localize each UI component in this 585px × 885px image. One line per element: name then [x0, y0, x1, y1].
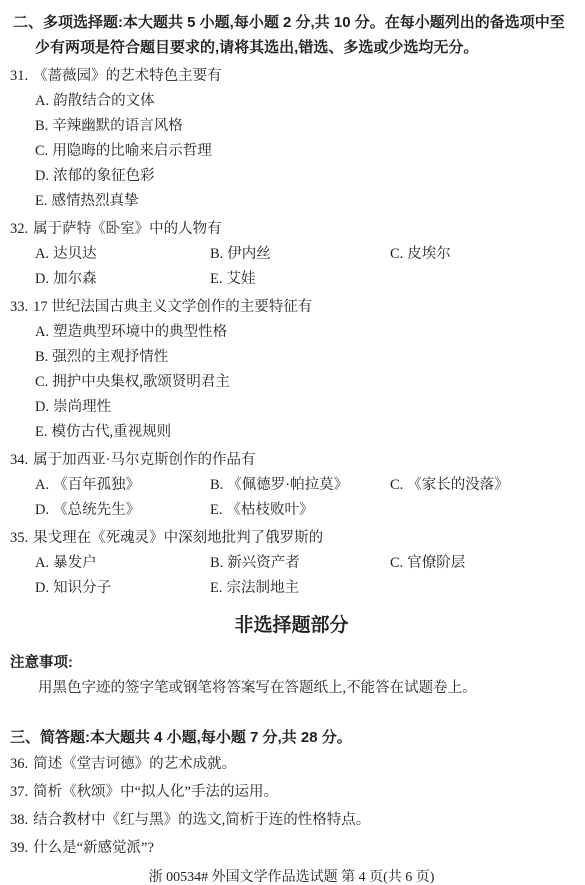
option-text: 用隐晦的比喻来启示哲理	[52, 143, 212, 159]
question-36: 36.简述《堂吉诃德》的艺术成就。	[10, 750, 573, 778]
exam-paper-page: 二、多项选择题:本大题共 5 小题,每小题 2 分,共 10 分。在每小题列出的…	[0, 0, 585, 885]
question-text: 17 世纪法国古典主义文学创作的主要特征有	[33, 299, 312, 315]
option-text: 崇尚理性	[53, 399, 111, 415]
option-text: 《总统先生》	[53, 502, 140, 518]
option-e: E.艾娃	[210, 267, 390, 292]
question-number: 37.	[10, 784, 28, 800]
option-text: 宗法制地主	[226, 580, 299, 596]
option-text: 加尔森	[53, 271, 97, 287]
option-text: 强烈的主观抒情性	[52, 349, 168, 365]
question-35-stem: 35.果戈理在《死魂灵》中深刻地批判了俄罗斯的	[10, 526, 573, 551]
option-label: A.	[35, 93, 49, 109]
option-text: 《家长的没落》	[407, 477, 509, 493]
option-label: E.	[35, 193, 47, 209]
option-label: D.	[35, 580, 49, 596]
option-text: 拥护中央集权,歌颂贤明君主	[52, 374, 230, 390]
option-text: 模仿古代,重视规则	[51, 424, 171, 440]
question-38: 38.结合教材中《红与黑》的选文,简析于连的性格特点。	[10, 806, 573, 834]
option-label: C.	[390, 246, 403, 262]
question-text: 什么是“新感觉派”?	[33, 840, 154, 856]
option-d: D.浓郁的象征色彩	[10, 164, 573, 189]
option-label: D.	[35, 271, 49, 287]
option-label: E.	[210, 502, 222, 518]
question-32-stem: 32.属于萨特《卧室》中的人物有	[10, 217, 573, 242]
option-label: D.	[35, 168, 49, 184]
notice-heading: 注意事项:	[10, 651, 573, 676]
option-text: 感情热烈真挚	[51, 193, 138, 209]
option-text: 艾娃	[226, 271, 255, 287]
question-32: 32.属于萨特《卧室》中的人物有 A.达贝达 B.伊内丝 C.皮埃尔 D.加尔森…	[10, 217, 573, 292]
option-text: 知识分子	[53, 580, 111, 596]
option-text: 塑造典型环境中的典型性格	[53, 324, 227, 340]
option-text: 辛辣幽默的语言风格	[52, 118, 183, 134]
section-3-instructions: 三、简答题:本大题共 4 小题,每小题 7 分,共 28 分。	[10, 725, 573, 750]
option-a: A.韵散结合的文体	[10, 89, 573, 114]
option-label: B.	[210, 477, 223, 493]
question-34-stem: 34.属于加西亚·马尔克斯创作的作品有	[10, 448, 573, 473]
question-number: 33.	[10, 299, 28, 315]
section-2-instructions: 二、多项选择题:本大题共 5 小题,每小题 2 分,共 10 分。在每小题列出的…	[10, 10, 573, 60]
option-label: A.	[35, 477, 49, 493]
question-text: 结合教材中《红与黑》的选文,简析于连的性格特点。	[33, 812, 370, 828]
option-label: A.	[35, 246, 49, 262]
option-label: E.	[35, 424, 47, 440]
question-text: 果戈理在《死魂灵》中深刻地批判了俄罗斯的	[33, 530, 323, 546]
option-label: E.	[210, 271, 222, 287]
question-number: 38.	[10, 812, 28, 828]
question-33-options: A.塑造典型环境中的典型性格 B.强烈的主观抒情性 C.拥护中央集权,歌颂贤明君…	[10, 320, 573, 445]
question-35: 35.果戈理在《死魂灵》中深刻地批判了俄罗斯的 A.暴发户 B.新兴资产者 C.…	[10, 526, 573, 601]
option-text: 《佩德罗·帕拉莫》	[227, 477, 348, 493]
option-text: 浓郁的象征色彩	[53, 168, 155, 184]
option-text: 新兴资产者	[227, 555, 300, 571]
question-number: 32.	[10, 221, 28, 237]
question-number: 39.	[10, 840, 28, 856]
option-text: 皮埃尔	[407, 246, 451, 262]
option-label: B.	[210, 246, 223, 262]
option-text: 《枯枝败叶》	[226, 502, 313, 518]
option-text: 达贝达	[53, 246, 97, 262]
option-a: A.达贝达	[35, 242, 210, 267]
question-34: 34.属于加西亚·马尔克斯创作的作品有 A.《百年孤独》 B.《佩德罗·帕拉莫》…	[10, 448, 573, 523]
question-text: 属于加西亚·马尔克斯创作的作品有	[33, 452, 255, 468]
option-label: E.	[210, 580, 222, 596]
option-c: C.拥护中央集权,歌颂贤明君主	[10, 370, 573, 395]
option-b: B.强烈的主观抒情性	[10, 345, 573, 370]
question-31-stem: 31.《蔷薇园》的艺术特色主要有	[10, 64, 573, 89]
question-text: 《蔷薇园》的艺术特色主要有	[33, 68, 222, 84]
question-text: 属于萨特《卧室》中的人物有	[33, 221, 222, 237]
option-a: A.塑造典型环境中的典型性格	[10, 320, 573, 345]
notice-body: 用黑色字迹的签字笔或钢笔将答案写在答题纸上,不能答在试题卷上。	[10, 676, 573, 701]
option-label: B.	[210, 555, 223, 571]
page-footer: 浙 00534# 外国文学作品选试题 第 4 页(共 6 页)	[10, 868, 573, 885]
option-text: 伊内丝	[227, 246, 271, 262]
option-label: C.	[390, 477, 403, 493]
option-b: B.辛辣幽默的语言风格	[10, 114, 573, 139]
question-31-options: A.韵散结合的文体 B.辛辣幽默的语言风格 C.用隐晦的比喻来启示哲理 D.浓郁…	[10, 89, 573, 214]
option-text: 韵散结合的文体	[53, 93, 155, 109]
question-number: 34.	[10, 452, 28, 468]
option-text: 官僚阶层	[407, 555, 465, 571]
question-number: 36.	[10, 756, 28, 772]
option-c: C.皮埃尔	[390, 242, 573, 267]
option-e: E.宗法制地主	[210, 576, 390, 601]
option-e: E.模仿古代,重视规则	[10, 420, 573, 445]
question-35-options: A.暴发户 B.新兴资产者 C.官僚阶层 D.知识分子 E.宗法制地主	[10, 551, 573, 601]
option-e: E.《枯枝败叶》	[210, 498, 390, 523]
option-label: C.	[35, 143, 48, 159]
option-b: B.伊内丝	[210, 242, 390, 267]
question-39: 39.什么是“新感觉派”?	[10, 834, 573, 862]
option-c: C.官僚阶层	[390, 551, 573, 576]
question-33: 33.17 世纪法国古典主义文学创作的主要特征有 A.塑造典型环境中的典型性格 …	[10, 295, 573, 445]
question-32-options: A.达贝达 B.伊内丝 C.皮埃尔 D.加尔森 E.艾娃	[10, 242, 573, 292]
option-label: B.	[35, 349, 48, 365]
option-c: C.用隐晦的比喻来启示哲理	[10, 139, 573, 164]
option-e: E.感情热烈真挚	[10, 189, 573, 214]
question-text: 简析《秋颂》中“拟人化”手法的运用。	[33, 784, 278, 800]
option-d: D.崇尚理性	[10, 395, 573, 420]
option-a: A.《百年孤独》	[35, 473, 210, 498]
option-label: D.	[35, 399, 49, 415]
option-text: 暴发户	[53, 555, 97, 571]
option-c: C.《家长的没落》	[390, 473, 573, 498]
option-label: B.	[35, 118, 48, 134]
option-label: A.	[35, 555, 49, 571]
option-d: D.《总统先生》	[35, 498, 210, 523]
question-34-options: A.《百年孤独》 B.《佩德罗·帕拉莫》 C.《家长的没落》 D.《总统先生》 …	[10, 473, 573, 523]
option-a: A.暴发户	[35, 551, 210, 576]
option-label: A.	[35, 324, 49, 340]
option-d: D.加尔森	[35, 267, 210, 292]
option-label: D.	[35, 502, 49, 518]
non-choice-section-title: 非选择题部分	[10, 611, 573, 641]
option-b: B.《佩德罗·帕拉莫》	[210, 473, 390, 498]
question-31: 31.《蔷薇园》的艺术特色主要有 A.韵散结合的文体 B.辛辣幽默的语言风格 C…	[10, 64, 573, 214]
question-37: 37.简析《秋颂》中“拟人化”手法的运用。	[10, 778, 573, 806]
option-text: 《百年孤独》	[53, 477, 140, 493]
option-label: C.	[35, 374, 48, 390]
question-text: 简述《堂吉诃德》的艺术成就。	[33, 756, 236, 772]
question-number: 31.	[10, 68, 28, 84]
option-b: B.新兴资产者	[210, 551, 390, 576]
question-33-stem: 33.17 世纪法国古典主义文学创作的主要特征有	[10, 295, 573, 320]
option-d: D.知识分子	[35, 576, 210, 601]
question-number: 35.	[10, 530, 28, 546]
option-label: C.	[390, 555, 403, 571]
